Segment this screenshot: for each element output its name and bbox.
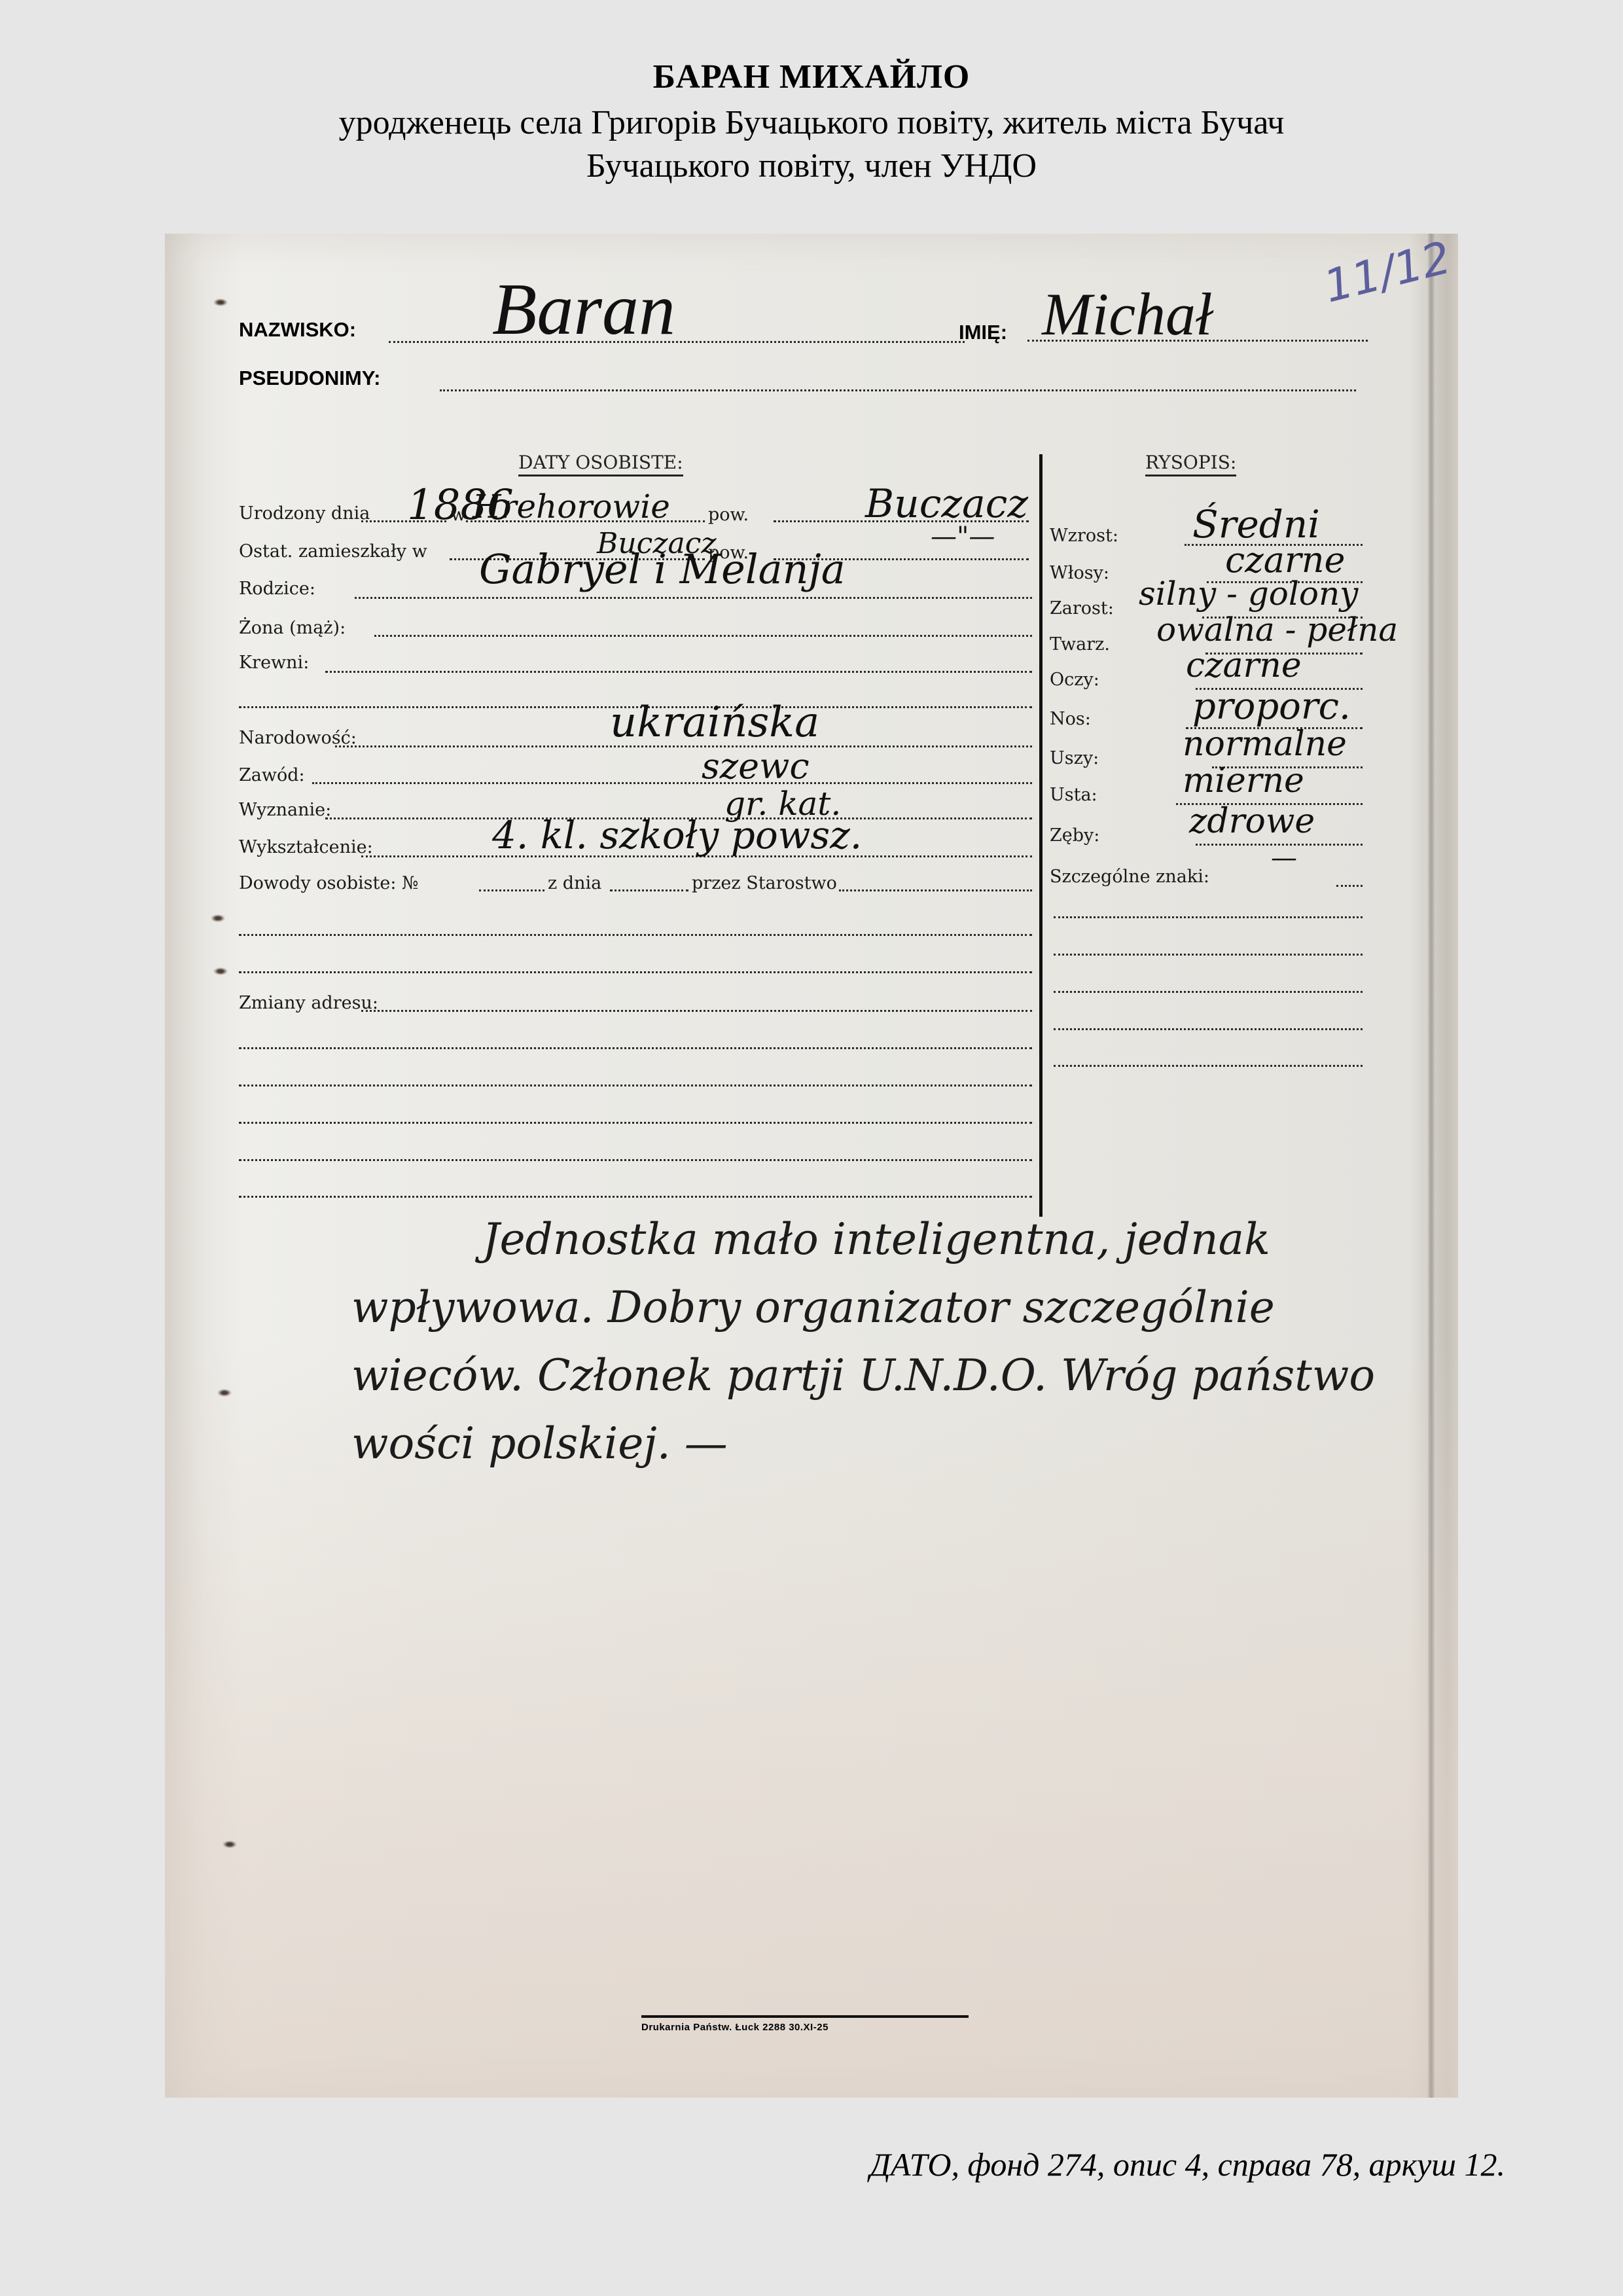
address-changes-line [361,1010,1032,1012]
profession-line [312,782,1032,784]
id-extra-line-1 [239,934,1032,936]
description-line [1336,885,1363,887]
description-extra-line [1054,954,1363,956]
education-label: Wykształcenie: [239,837,373,857]
firstname-label: IMIĘ: [959,321,1007,344]
description-label: Uszy: [1050,748,1099,768]
description-heading: RYSOPIS: [1145,452,1236,473]
parents-label: Rodzice: [239,579,315,599]
pseudonyms-line [440,389,1356,391]
page-subtitle-line2: Бучацького повіту, член УНДО [0,147,1623,185]
parents-value: Gabryel i Melanja [479,545,846,593]
born-in-label: w [451,505,466,525]
remarks-line-3: wieców. Członek partji U.N.D.O. Wróg pań… [351,1342,1438,1410]
id-date-label: z dnia [548,873,601,893]
remarks-line-1: Jednostka mało inteligentna, jednak [351,1206,1438,1274]
description-value: mierne [1183,761,1304,800]
description-label: Twarz. [1050,634,1110,655]
nationality-value: ukraińska [610,698,819,747]
description-value: owalna - pełna [1156,611,1398,649]
id-issuer-line [839,889,1032,891]
description-label: Włosy: [1050,563,1109,583]
remarks-line-2: wpływowa. Dobry organizator szczególnie [351,1274,1438,1342]
parents-line [355,597,1032,599]
description-label: Usta: [1050,785,1097,805]
address-changes-line [239,1159,1032,1161]
firstname-value: Michał [1042,279,1213,349]
description-extra-line [1054,991,1363,993]
archive-citation: ДАТО, фонд 274, опис 4, справа 78, аркуш… [870,2145,1505,2183]
education-value: 4. kl. szkoły powsz. [492,813,862,857]
description-label: Wzrost: [1050,526,1118,546]
printer-imprint-text: Drukarnia Państw. Łuck 2288 30.XI-25 [641,2022,995,2033]
born-place-value: Hrehorowie [473,488,670,526]
surname-line [389,341,965,343]
description-value: proporc. [1192,685,1351,728]
paper-fold-edge [1428,234,1435,2098]
profession-value: szewc [702,745,810,787]
description-value: czarne [1186,646,1302,685]
address-changes-line [239,1085,1032,1086]
spouse-label: Żona (mąż): [239,618,346,638]
description-value: normalne [1183,725,1347,764]
description-value: — [1271,843,1297,873]
id-documents-label: Dowody osobiste: № [239,873,419,893]
punch-hole-mark [213,967,228,975]
description-label: Szczególne znaki: [1050,867,1209,887]
id-number-line [479,889,544,891]
description-extra-line [1054,1028,1363,1030]
address-changes-label: Zmiany adresu: [239,993,378,1013]
sheet-number-pencil-note: 11/12 [1319,232,1455,313]
address-changes-line [239,1047,1032,1049]
description-extra-line [1054,916,1363,918]
description-value: silny - golony [1139,575,1358,613]
relatives-line [325,671,1032,673]
printer-imprint: Drukarnia Państw. Łuck 2288 30.XI-25 [641,2015,995,2033]
personal-data-heading: DATY OSOBISTE: [518,452,683,473]
description-label: Zęby: [1050,825,1099,846]
description-label: Oczy: [1050,670,1099,690]
handwritten-remarks: Jednostka mało inteligentna, jednak wpły… [351,1206,1438,1478]
punch-hole-mark [213,298,228,306]
punch-hole-mark [211,914,225,922]
page-title: БАРАН МИХАЙЛО [0,58,1623,96]
born-county-label: pow. [708,505,749,525]
description-label: Nos: [1050,709,1091,729]
description-value: zdrowe [1189,802,1315,841]
punch-hole-mark [223,1840,237,1848]
scanned-registration-card: NAZWISKO: Baran IMIĘ: Michał 11/12 PSEUD… [165,234,1458,2098]
residence-label: Ostat. zamieszkały w [239,541,427,562]
spouse-line [374,635,1032,637]
address-changes-line [239,1122,1032,1124]
surname-value: Baran [492,268,675,352]
pseudonyms-label: PSEUDONIMY: [239,367,380,390]
id-issuer-label: przez Starostwo [692,873,837,893]
id-date-line [610,889,688,891]
description-label: Zarost: [1050,598,1114,619]
surname-label: NAZWISKO: [239,318,356,342]
id-extra-line-2 [239,971,1032,973]
relatives-label: Krewni: [239,653,309,673]
printer-rule [641,2015,969,2018]
description-extra-line [1054,1065,1363,1067]
religion-label: Wyznanie: [239,800,331,820]
residence-county-value: —"— [931,522,995,552]
remarks-line-4: wości polskiej. — [351,1410,1438,1478]
born-label: Urodzony dnia [239,503,370,524]
column-divider [1039,454,1043,1217]
address-changes-line [239,1196,1032,1198]
born-county-value: Buczacz [865,481,1028,527]
punch-hole-mark [217,1389,232,1397]
profession-label: Zawód: [239,765,305,785]
page-subtitle-line1: уродженець села Григорів Бучацького пові… [0,103,1623,142]
